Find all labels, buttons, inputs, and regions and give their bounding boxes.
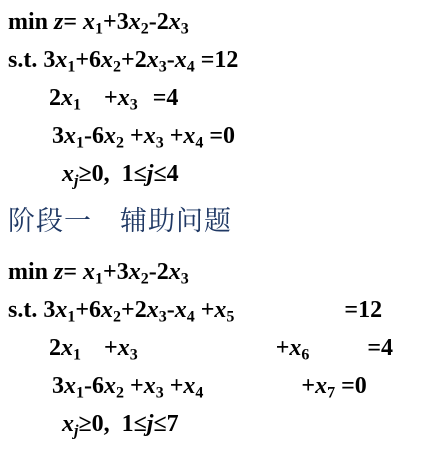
alignment-gap bbox=[138, 354, 276, 355]
alignment-gap bbox=[110, 430, 122, 431]
alignment-gap bbox=[234, 316, 344, 317]
formula-line: 2x1+x3+x6=4 bbox=[49, 330, 429, 368]
formula-line: min z= x1+3x2-2x3 bbox=[8, 4, 429, 42]
formula-line: xj≥0,1≤j≤4 bbox=[62, 156, 429, 194]
alignment-gap bbox=[81, 104, 104, 105]
phase-one-heading: 阶段一 辅助问题 bbox=[8, 204, 429, 240]
formula-line: 2x1+x3=4 bbox=[49, 80, 429, 118]
formula-line: s.t. 3x1+6x2+2x3-x4 +x5=12 bbox=[8, 292, 429, 330]
lp-problem-original: min z= x1+3x2-2x3s.t. 3x1+6x2+2x3-x4 =12… bbox=[0, 0, 429, 194]
formula-line: 3x1-6x2 +x3 +x4 =0 bbox=[52, 118, 429, 156]
alignment-gap bbox=[203, 392, 301, 393]
formula-line: 3x1-6x2 +x3 +x4+x7 =0 bbox=[52, 368, 429, 406]
slide-content: min z= x1+3x2-2x3s.t. 3x1+6x2+2x3-x4 =12… bbox=[0, 0, 429, 462]
alignment-gap bbox=[81, 354, 104, 355]
alignment-gap bbox=[309, 354, 367, 355]
formula-line: s.t. 3x1+6x2+2x3-x4 =12 bbox=[8, 42, 429, 80]
alignment-gap bbox=[110, 180, 122, 181]
lp-problem-auxiliary: min z= x1+3x2-2x3s.t. 3x1+6x2+2x3-x4 +x5… bbox=[0, 250, 429, 444]
formula-line: xj≥0,1≤j≤7 bbox=[62, 406, 429, 444]
alignment-gap bbox=[138, 104, 153, 105]
formula-line: min z= x1+3x2-2x3 bbox=[8, 254, 429, 292]
